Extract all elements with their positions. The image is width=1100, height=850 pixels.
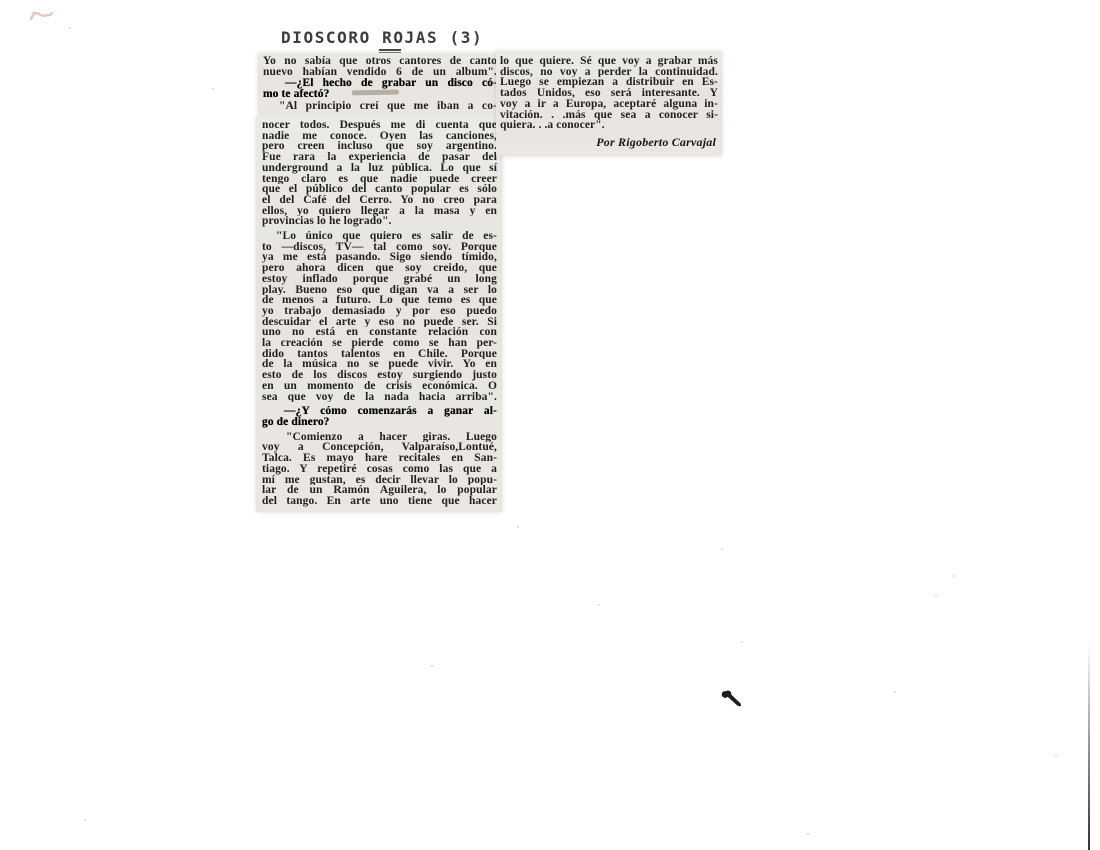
text-line: de la música no se puede vivir. Yo en bbox=[262, 359, 497, 370]
scan-speck bbox=[894, 691, 896, 693]
text-line: mí me gustan, es decir llevar lo popu- bbox=[262, 475, 497, 486]
text-line: del tango. En arte uno tiene que hacer bbox=[262, 496, 497, 507]
ink-blot bbox=[719, 688, 751, 714]
text-line: sea que voy de la nada hacia arriba". bbox=[262, 392, 497, 403]
text-line: provincias lo he logrado". bbox=[262, 216, 497, 227]
text-line: la creación se pierde como se han per- bbox=[262, 338, 497, 349]
text-line: pero ahora dicen que soy creido, que bbox=[262, 263, 497, 274]
text-line: pero creen incluso que soy argentino. bbox=[262, 141, 497, 152]
scan-speck bbox=[741, 641, 743, 643]
scan-speck bbox=[212, 88, 214, 90]
scan-speck bbox=[935, 594, 937, 596]
paragraph: —¿Y cómo comenzarás a ganar al-go de din… bbox=[262, 406, 497, 427]
scan-speck bbox=[721, 548, 723, 550]
text-line: nadie me conoce. Oyen las canciones, bbox=[262, 131, 497, 142]
text-line: descuidar el arte y eso no puede ser. Si bbox=[262, 317, 497, 328]
text-line: —¿El hecho de grabar un disco có- bbox=[263, 78, 497, 89]
text-line: quiera. . .a conocer". bbox=[500, 120, 718, 131]
text-line: voy a Concepción, Valparaíso,Lontué, bbox=[262, 442, 497, 453]
scan-speck bbox=[807, 833, 809, 835]
text-line: "Lo único que quiero es salir de es- bbox=[262, 231, 497, 242]
text-line: de menos a futuro. Lo que temo es que bbox=[262, 295, 497, 306]
left-column-main-strip: nocer todos. Después me di cuenta quenad… bbox=[256, 116, 502, 512]
text-line: "Al principio creí que me iban a co- bbox=[263, 101, 497, 112]
text-line: go de dinero? bbox=[262, 417, 497, 428]
scan-speck bbox=[953, 575, 955, 577]
right-column-text: lo que quiere. Sé que voy a grabar másdi… bbox=[500, 56, 718, 131]
paragraph: nocer todos. Después me di cuenta quenad… bbox=[262, 120, 497, 227]
byline: Por Rigoberto Carvajal bbox=[500, 135, 718, 150]
scan-speck bbox=[517, 526, 519, 528]
text-line: yo trabajo demasiado y por eso puedo bbox=[262, 306, 497, 317]
text-line: vitación. . .más que sea a conocer si- bbox=[500, 110, 718, 121]
text-line: Luego se empiezan a distribuir en Es- bbox=[500, 77, 718, 88]
paragraph: "Lo único que quiero es salir de es-to —… bbox=[262, 231, 497, 402]
clipping-headline: DIOSCORO ROJAS (3) bbox=[281, 28, 483, 47]
text-line: el del Café del Cerro. Yo no creo para bbox=[262, 195, 497, 206]
text-line: nocer todos. Después me di cuenta que bbox=[262, 120, 497, 131]
text-line: Yo no sabía que otros cantores de canto bbox=[263, 56, 497, 67]
text-line: Talca. Es mayo hare recitales en San- bbox=[262, 453, 497, 464]
scan-speck bbox=[84, 819, 86, 821]
paragraph: "Comienzo a hacer giras. Luegovoy a Conc… bbox=[262, 432, 497, 507]
headline-underline-mark bbox=[379, 49, 401, 51]
text-line: nuevo habían vendido 6 de un album". bbox=[263, 67, 497, 78]
paragraph: Yo no sabía que otros cantores de canton… bbox=[263, 56, 497, 77]
scan-speck bbox=[598, 604, 600, 606]
text-line: tengo claro es que nadie puede creer bbox=[262, 174, 497, 185]
text-line: esto de los discos estoy surgiendo justo bbox=[262, 370, 497, 381]
text-line: "Comienzo a hacer giras. Luego bbox=[262, 432, 497, 443]
text-line: que el público del canto popular es sólo bbox=[262, 184, 497, 195]
ink-smudge-mark bbox=[352, 90, 399, 96]
scan-edge-line bbox=[1088, 642, 1090, 850]
text-line: estoy inflado porque grabé un long bbox=[262, 274, 497, 285]
text-line: tados Unidos, eso será interesante. Y bbox=[500, 88, 718, 99]
text-line: to —discos, TV— tal como soy. Porque bbox=[262, 242, 497, 253]
paragraph: lo que quiere. Sé que voy a grabar másdi… bbox=[500, 56, 718, 131]
text-line: discos, no voy a perder la continuidad. bbox=[500, 67, 718, 78]
text-line: play. Bueno eso que digan va a ser lo bbox=[262, 285, 497, 296]
text-line: uno no está en constante relación con bbox=[262, 327, 497, 338]
text-line: tiago. Y repetiré cosas como las que a bbox=[262, 464, 497, 475]
scan-speck bbox=[1055, 754, 1057, 756]
text-line: lo que quiere. Sé que voy a grabar más bbox=[500, 56, 718, 67]
text-line: ya me está pasando. Sigo siendo tímido, bbox=[262, 252, 497, 263]
text-line: ellos, yo quiero llegar a la masa y en bbox=[262, 206, 497, 217]
text-line: voy a ir a Europa, aceptaré alguna in- bbox=[500, 99, 718, 110]
text-line: Fue rara la experiencia de pasar del bbox=[262, 152, 497, 163]
right-column-strip: lo que quiere. Sé que voy a grabar másdi… bbox=[496, 51, 722, 156]
red-pen-scribble bbox=[27, 5, 55, 27]
scan-speck bbox=[431, 665, 433, 667]
text-line: —¿Y cómo comenzarás a ganar al- bbox=[262, 406, 497, 417]
text-line: dido tantos talentos en Chile. Porque bbox=[262, 349, 497, 360]
left-column-top-strip: Yo no sabía que otros cantores de canton… bbox=[258, 53, 502, 114]
text-line: lar de un Ramón Aguilera, lo popular bbox=[262, 485, 497, 496]
paragraph: "Al principio creí que me iban a co- bbox=[263, 101, 497, 112]
text-line: underground a la luz pública. Lo que sí bbox=[262, 163, 497, 174]
text-line: en un momento de crisis económica. O bbox=[262, 381, 497, 392]
scan-speck bbox=[69, 27, 71, 29]
